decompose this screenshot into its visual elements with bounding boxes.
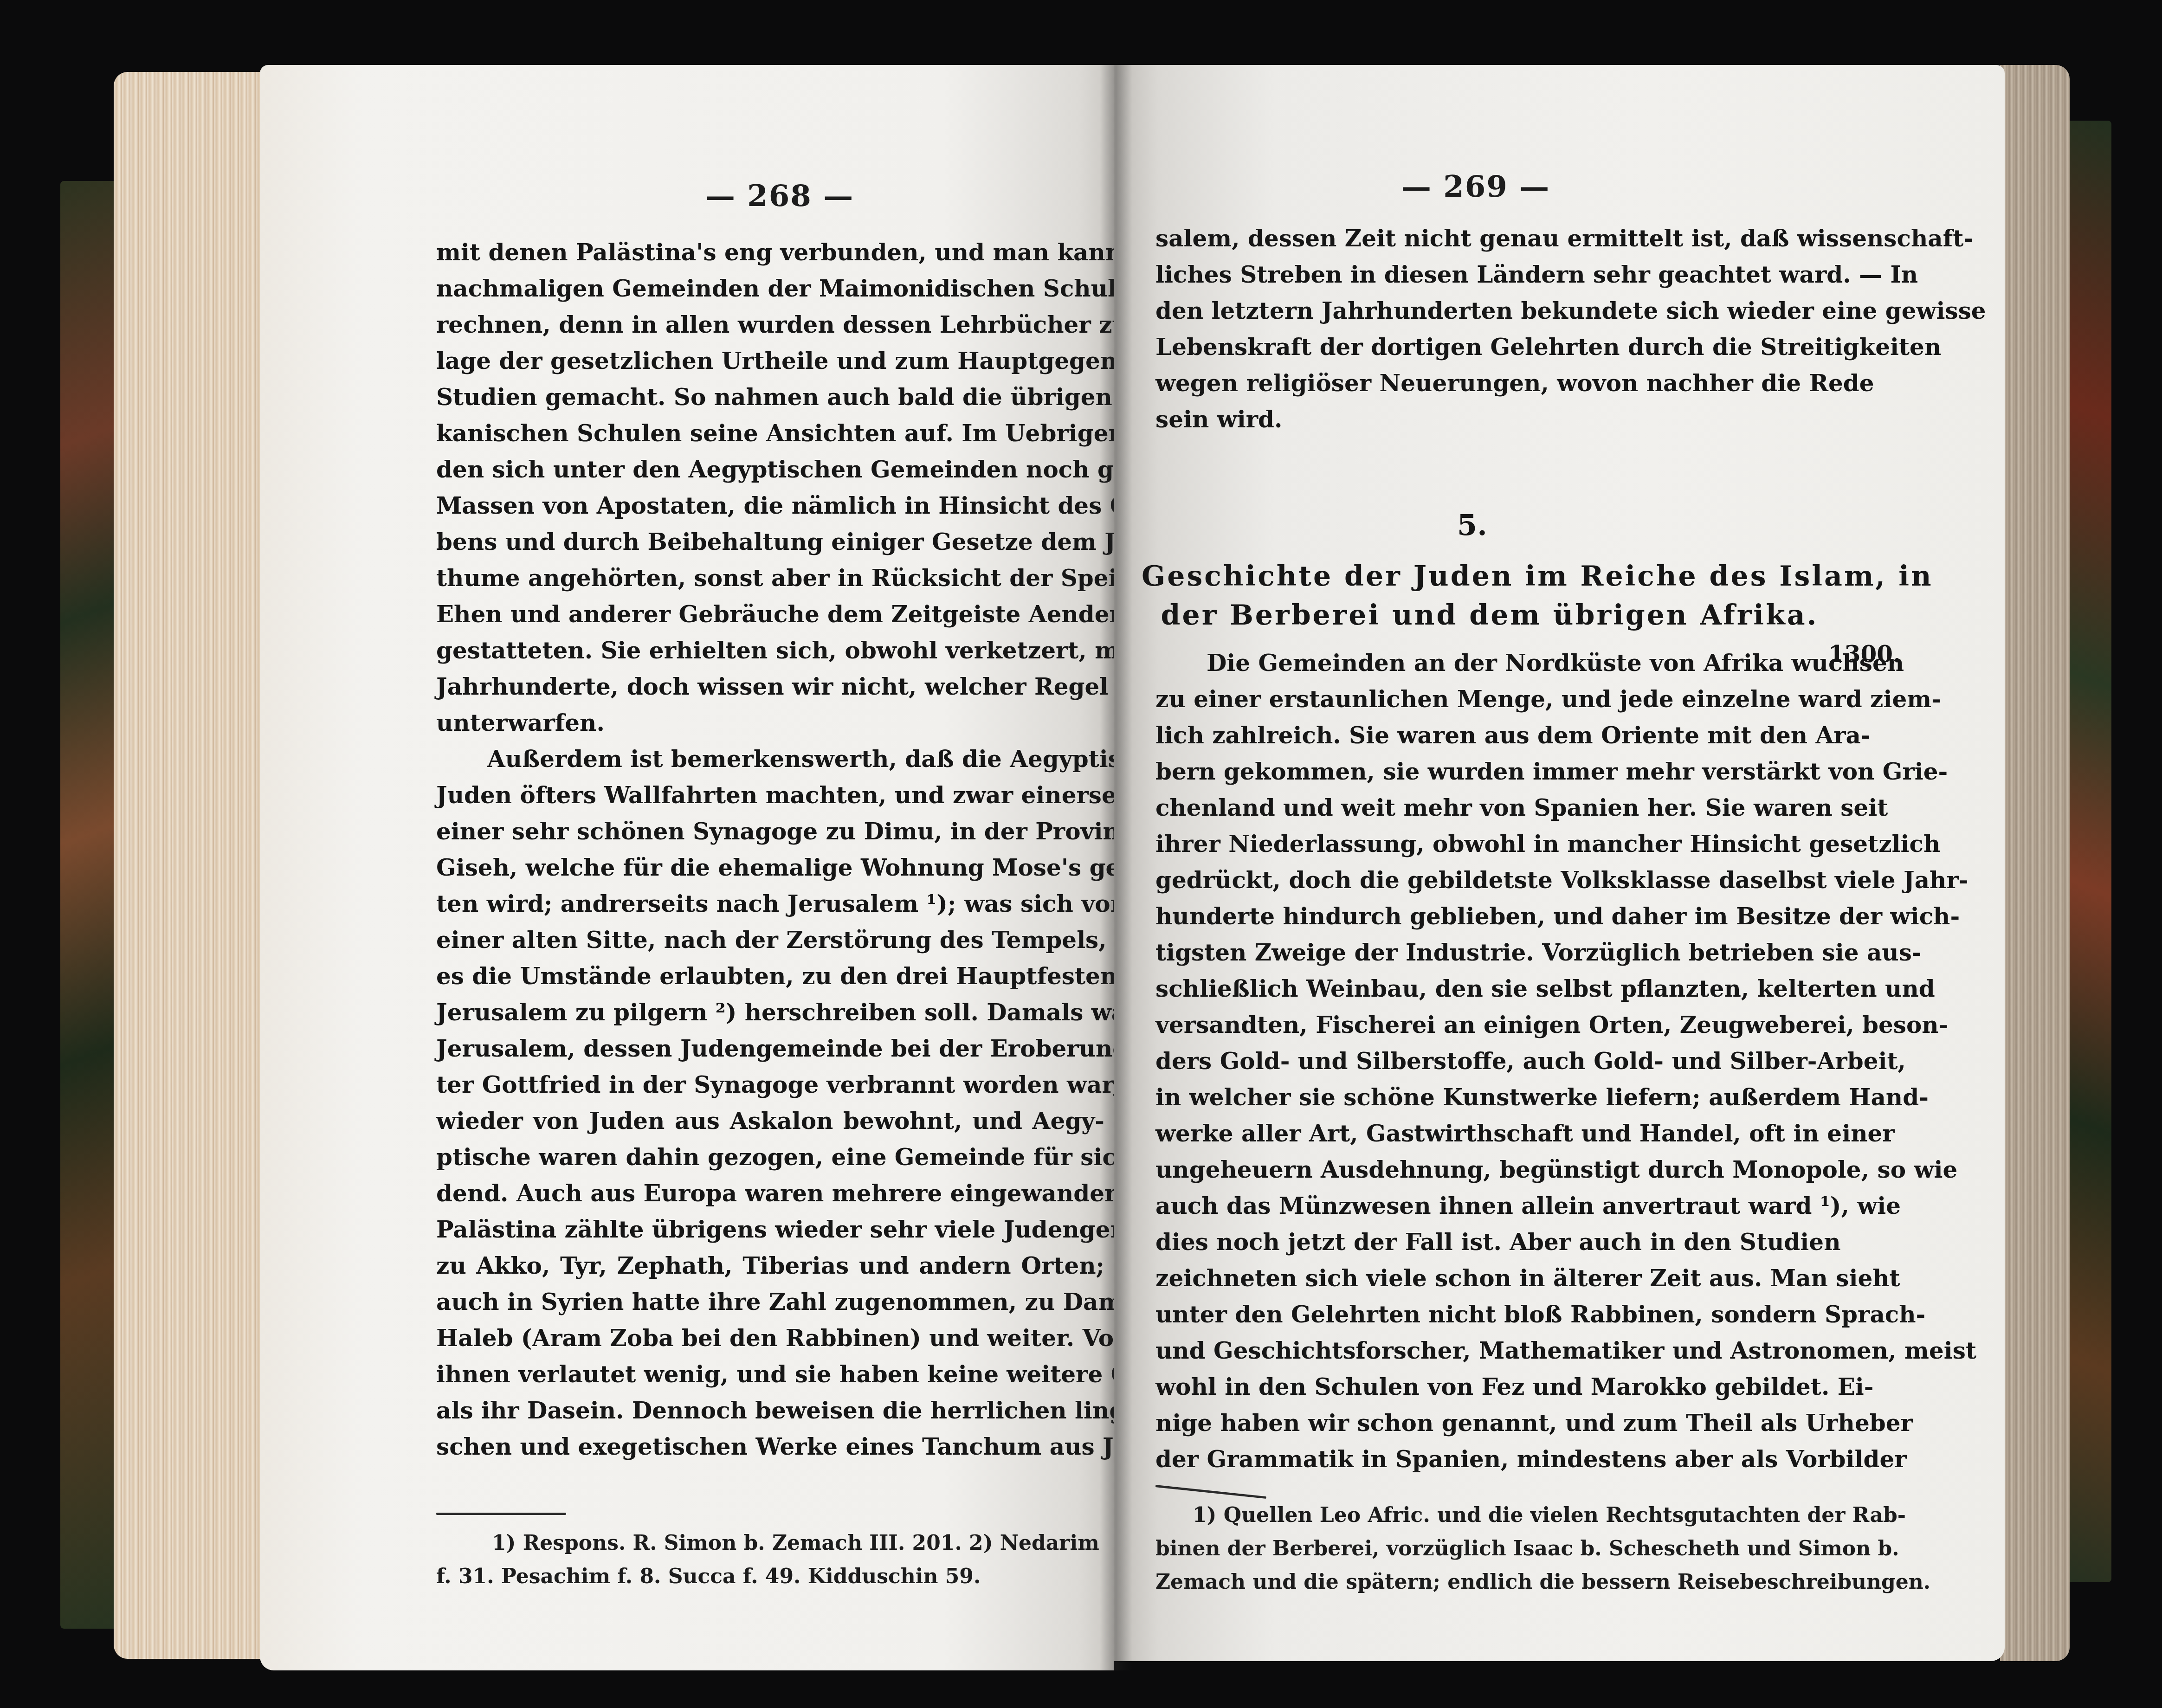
right-body-text-bottom: Die Gemeinden an der Nordküste von Afrik…	[1155, 645, 1828, 1477]
text-line: der Grammatik in Spanien, mindestens abe…	[1155, 1441, 1828, 1477]
right-body-text-top: salem, dessen Zeit nicht genau ermittelt…	[1155, 220, 1828, 438]
text-line: als ihr Dasein. Dennoch beweisen die her…	[436, 1392, 1104, 1429]
text-line: wieder von Juden aus Askalon bewohnt, un…	[436, 1103, 1104, 1139]
chapter-number: 5.	[1457, 508, 1487, 542]
footnote-line: 1) Respons. R. Simon b. Zemach III. 201.…	[436, 1527, 1104, 1560]
text-line: zu Akko, Tyr, Zephath, Tiberias und ande…	[436, 1248, 1104, 1284]
text-line: thume angehörten, sonst aber in Rücksich…	[436, 560, 1104, 596]
footnote-line: binen der Berberei, vorzüglich Isaac b. …	[1155, 1532, 1833, 1566]
text-line: kanischen Schulen seine Ansichten auf. I…	[436, 415, 1104, 451]
text-line: werke aller Art, Gastwirthschaft und Han…	[1155, 1115, 1828, 1152]
text-line: auch in Syrien hatte ihre Zahl zugenomme…	[436, 1284, 1104, 1320]
text-line: wegen religiöser Neuerungen, wovon nachh…	[1155, 365, 1828, 401]
text-line: bern gekommen, sie wurden immer mehr ver…	[1155, 754, 1828, 790]
page-edges-right	[2000, 65, 2070, 1661]
text-line: einer sehr schönen Synagoge zu Dimu, in …	[436, 813, 1104, 850]
text-line: Haleb (Aram Zoba bei den Rabbinen) und w…	[436, 1320, 1104, 1356]
footnote-divider	[1155, 1485, 1266, 1499]
left-footnotes: 1) Respons. R. Simon b. Zemach III. 201.…	[436, 1527, 1104, 1593]
text-line: rechnen, denn in allen wurden dessen Leh…	[436, 307, 1104, 343]
text-line: ptische waren dahin gezogen, eine Gemein…	[436, 1139, 1104, 1175]
text-line: es die Umstände erlaubten, zu den drei H…	[436, 958, 1104, 994]
text-line: tigsten Zweige der Industrie. Vorzüglich…	[1155, 935, 1828, 971]
page-edges-left	[114, 72, 267, 1659]
footnote-divider	[436, 1513, 566, 1515]
text-line: Lebenskraft der dortigen Gelehrten durch…	[1155, 329, 1828, 365]
left-page: — 268 — mit denen Palästina's eng verbun…	[260, 65, 1114, 1670]
text-line: bens und durch Beibehaltung einiger Gese…	[436, 524, 1104, 560]
text-line: unterwarfen.	[436, 705, 1104, 741]
page-number-269: — 269 —	[1401, 169, 1550, 204]
text-line: liches Streben in diesen Ländern sehr ge…	[1155, 257, 1828, 293]
text-line: schen und exegetischen Werke eines Tanch…	[436, 1429, 1104, 1465]
text-line: ders Gold- und Silberstoffe, auch Gold- …	[1155, 1043, 1828, 1079]
chapter-title-line: der Berberei und dem übrigen Afrika.	[1142, 596, 1838, 635]
text-line: sein wird.	[1155, 401, 1828, 438]
text-line: ihrer Niederlassung, obwohl in mancher H…	[1155, 826, 1828, 862]
text-line: ten wird; andrerseits nach Jerusalem ¹);…	[436, 886, 1104, 922]
text-line: und Geschichtsforscher, Mathematiker und…	[1155, 1333, 1828, 1369]
text-line: wohl in den Schulen von Fez und Marokko …	[1155, 1369, 1828, 1405]
text-line: zeichneten sich viele schon in älterer Z…	[1155, 1260, 1828, 1296]
footnote-line: f. 31. Pesachim f. 8. Succa f. 49. Kiddu…	[436, 1560, 1104, 1593]
text-line: dend. Auch aus Europa waren mehrere eing…	[436, 1175, 1104, 1212]
book-gutter	[1100, 65, 1132, 1670]
text-line: Studien gemacht. So nahmen auch bald die…	[436, 379, 1104, 415]
chapter-title: Geschichte der Juden im Reiche des Islam…	[1142, 557, 1838, 635]
text-line: dies noch jetzt der Fall ist. Aber auch …	[1155, 1224, 1828, 1260]
text-line: ihnen verlautet wenig, und sie haben kei…	[436, 1356, 1104, 1392]
text-line: Jerusalem, dessen Judengemeinde bei der …	[436, 1031, 1104, 1067]
text-line: unter den Gelehrten nicht bloß Rabbinen,…	[1155, 1296, 1828, 1333]
text-line: Massen von Apostaten, die nämlich in Hin…	[436, 488, 1104, 524]
text-line: versandten, Fischerei an einigen Orten, …	[1155, 1007, 1828, 1043]
text-line: salem, dessen Zeit nicht genau ermittelt…	[1155, 220, 1828, 257]
text-line: hunderte hindurch geblieben, und daher i…	[1155, 898, 1828, 935]
text-line: Ehen und anderer Gebräuche dem Zeitgeist…	[436, 596, 1104, 632]
text-line: einer alten Sitte, nach der Zerstörung d…	[436, 922, 1104, 958]
text-line: zu einer erstaunlichen Menge, und jede e…	[1155, 681, 1828, 717]
text-line: Juden öfters Wallfahrten machten, und zw…	[436, 777, 1104, 813]
text-line: Giseh, welche für die ehemalige Wohnung …	[436, 850, 1104, 886]
text-line: gedrückt, doch die gebildetste Volksklas…	[1155, 862, 1828, 898]
text-line: gestatteten. Sie erhielten sich, obwohl …	[436, 632, 1104, 669]
right-page: — 269 — salem, dessen Zeit nicht genau e…	[1114, 65, 2005, 1661]
text-line: schließlich Weinbau, den sie selbst pfla…	[1155, 971, 1828, 1007]
right-footnotes: 1) Quellen Leo Afric. und die vielen Rec…	[1155, 1499, 1833, 1599]
footnote-line: Zemach und die spätern; endlich die bess…	[1155, 1566, 1833, 1599]
text-line: ter Gottfried in der Synagoge verbrannt …	[436, 1067, 1104, 1103]
text-line: nige haben wir schon genannt, und zum Th…	[1155, 1405, 1828, 1441]
text-line: Außerdem ist bemerkenswerth, daß die Aeg…	[436, 741, 1104, 777]
text-line: in welcher sie schöne Kunstwerke liefern…	[1155, 1079, 1828, 1115]
text-line: lage der gesetzlichen Urtheile und zum H…	[436, 343, 1104, 379]
text-line: Jahrhunderte, doch wissen wir nicht, wel…	[436, 669, 1104, 705]
text-line: mit denen Palästina's eng verbunden, und…	[436, 234, 1104, 271]
text-line: nachmaligen Gemeinden der Maimonidischen…	[436, 271, 1104, 307]
page-number-268: — 268 —	[705, 179, 854, 213]
text-line: den letztern Jahrhunderten bekundete sic…	[1155, 293, 1828, 329]
text-line: Palästina zählte übrigens wieder sehr vi…	[436, 1212, 1104, 1248]
text-line: auch das Münzwesen ihnen allein anvertra…	[1155, 1188, 1828, 1224]
text-line: ungeheuern Ausdehnung, begünstigt durch …	[1155, 1152, 1828, 1188]
text-line: lich zahlreich. Sie waren aus dem Orient…	[1155, 717, 1828, 754]
left-body-text: mit denen Palästina's eng verbunden, und…	[436, 234, 1104, 1465]
text-line: den sich unter den Aegyptischen Gemeinde…	[436, 451, 1104, 488]
footnote-line: 1) Quellen Leo Afric. und die vielen Rec…	[1155, 1499, 1833, 1532]
text-line: Die Gemeinden an der Nordküste von Afrik…	[1155, 645, 1828, 681]
chapter-title-line: Geschichte der Juden im Reiche des Islam…	[1142, 557, 1838, 596]
text-line: Jerusalem zu pilgern ²) herschreiben sol…	[436, 994, 1104, 1031]
text-line: chenland und weit mehr von Spanien her. …	[1155, 790, 1828, 826]
